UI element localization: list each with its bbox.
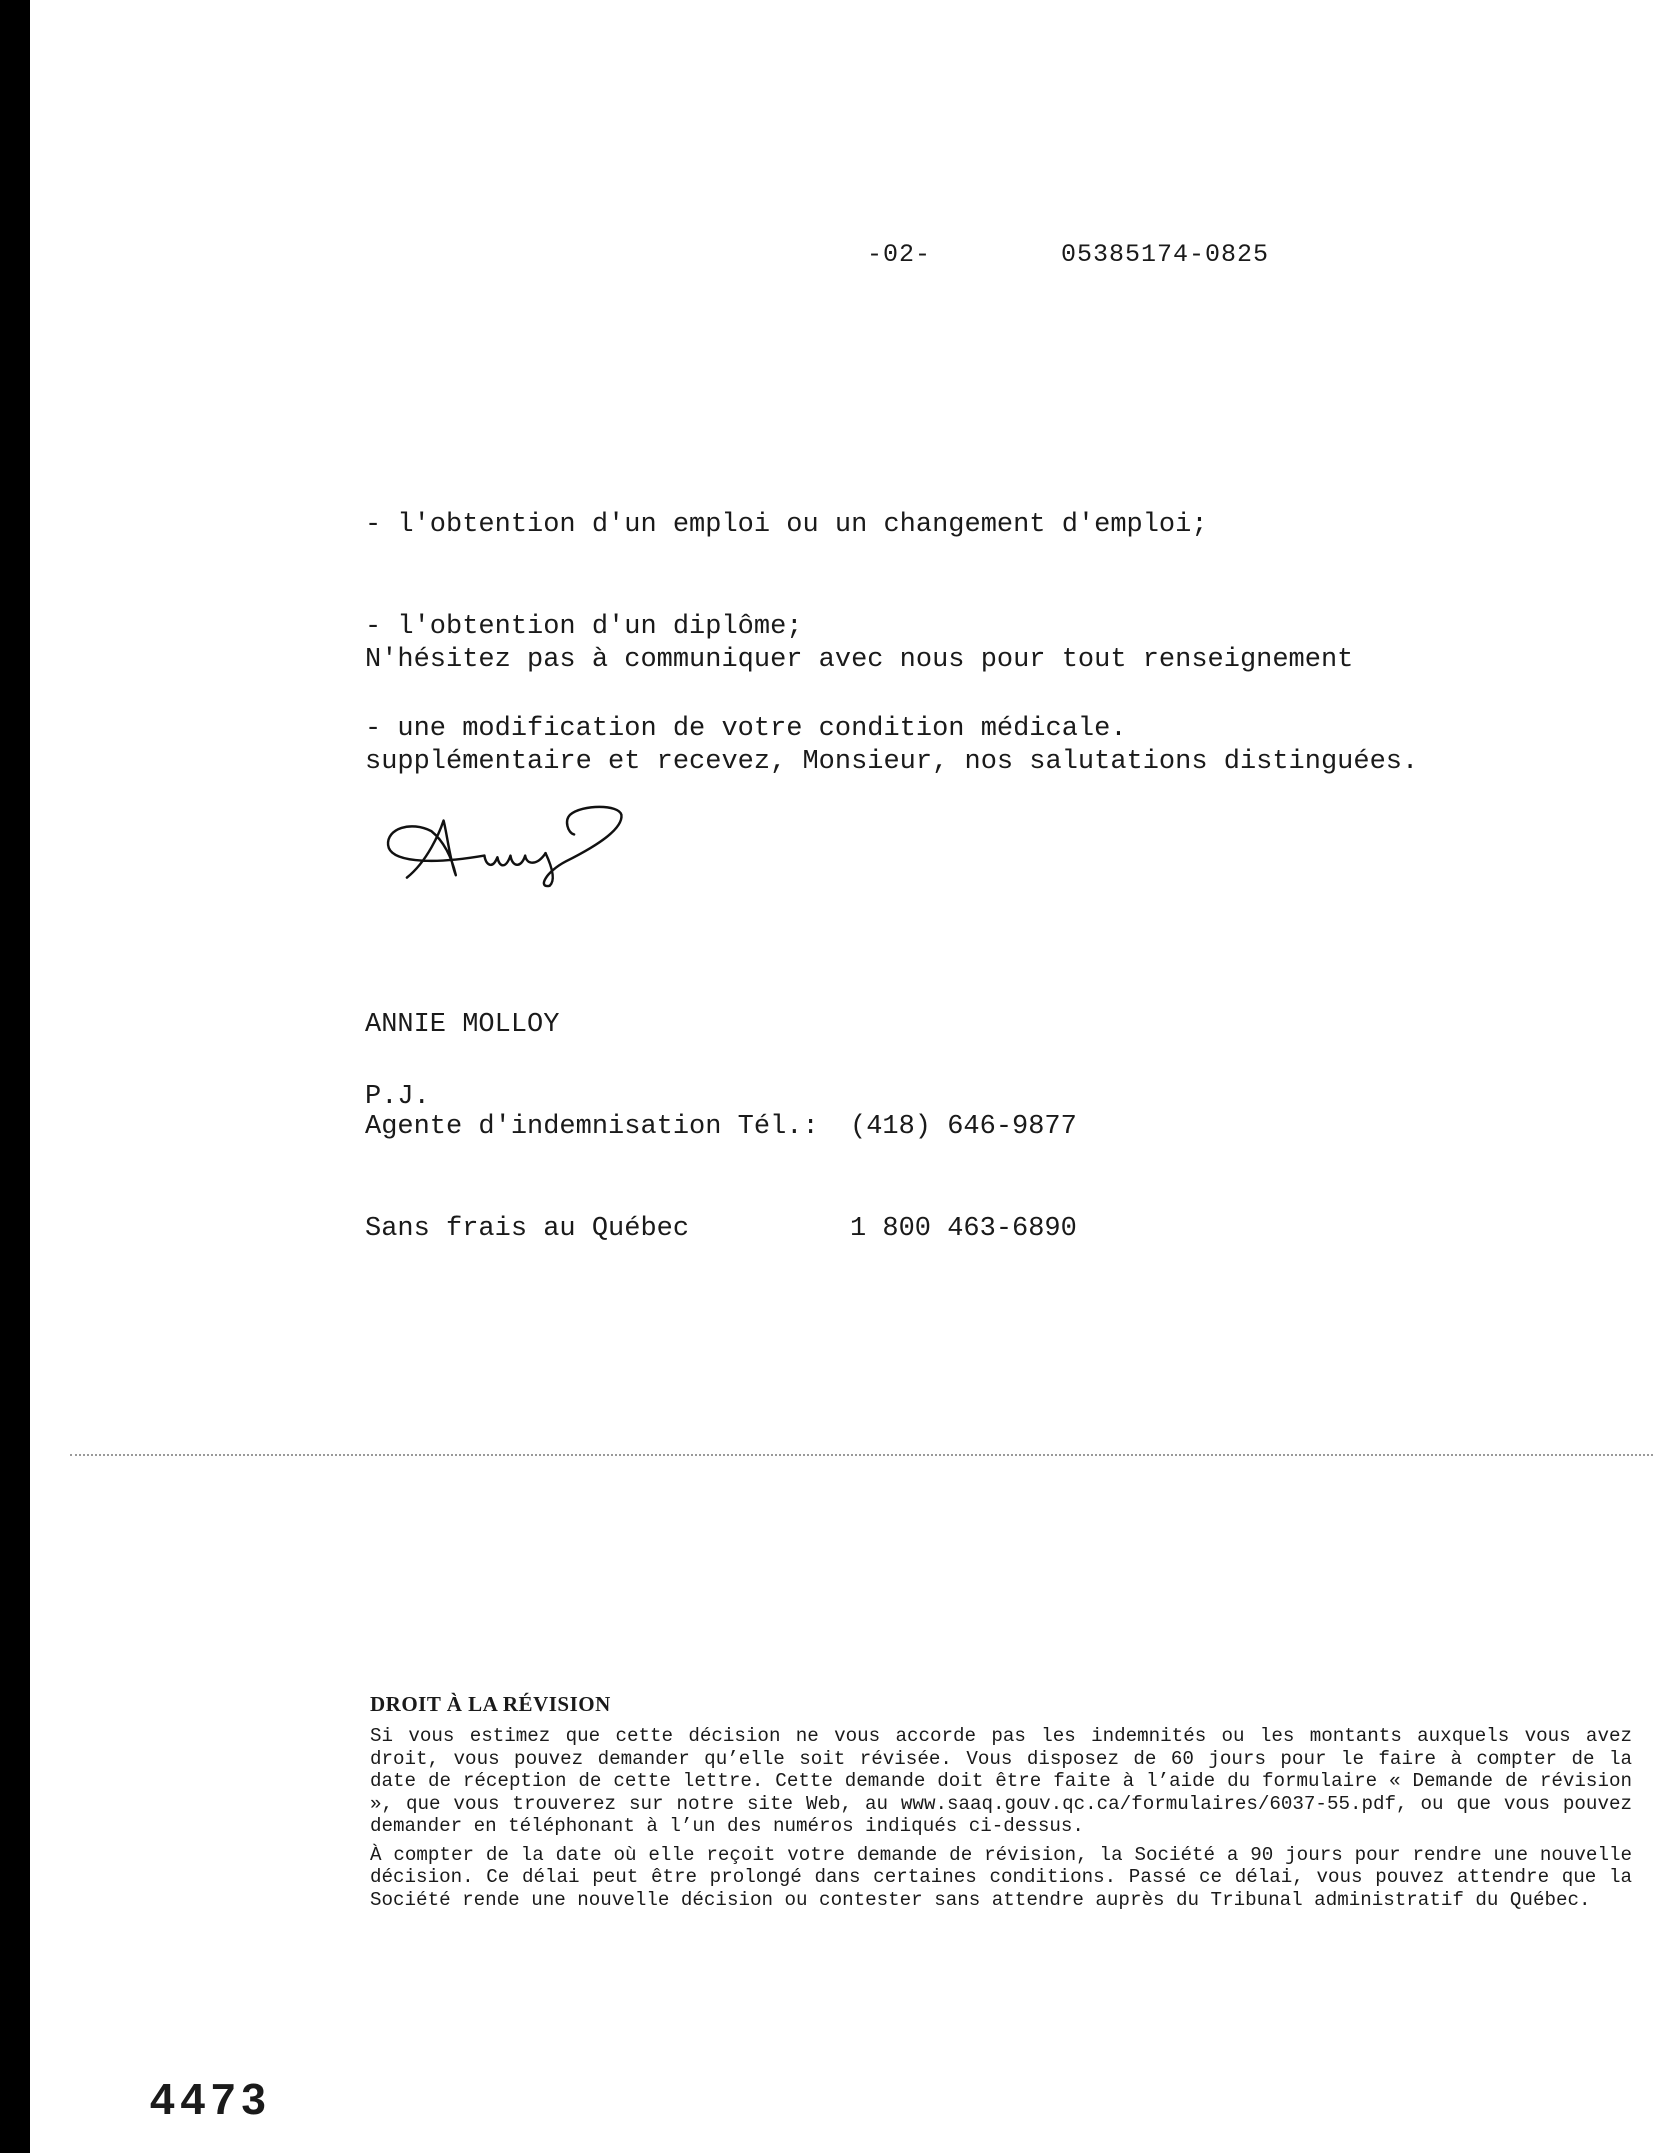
scan-edge [0,0,30,2153]
document-stamp-number: 4473 [150,2075,272,2125]
enclosure-note: P.J. [365,1080,430,1114]
signature-icon [362,780,672,910]
reference-number: 05385174-0825 [1061,240,1269,269]
revision-notice: DROIT À LA RÉVISION Si vous estimez que … [370,1692,1632,1917]
phone-row: Agente d'indemnisation Tél.: (418) 646-9… [365,1110,1077,1144]
fold-line-divider [70,1454,1653,1456]
list-item: - l'obtention d'un emploi ou un changeme… [365,508,1208,542]
phone-number: (418) 646-9877 [850,1110,1077,1144]
tollfree-number: 1 800 463-6890 [850,1212,1077,1246]
signer-block: ANNIE MOLLOY Agente d'indemnisation Tél.… [365,940,1077,1280]
tollfree-row: Sans frais au Québec 1 800 463-6890 [365,1212,1077,1246]
revision-paragraph: À compter de la date où elle reçoit votr… [370,1844,1632,1912]
revision-heading: DROIT À LA RÉVISION [370,1692,1632,1717]
closing-line: supplémentaire et recevez, Monsieur, nos… [365,745,1418,779]
page-number: -02- [867,240,931,269]
page-header: -02-05385174-0825 [867,240,1269,269]
signer-name: ANNIE MOLLOY [365,1008,1077,1042]
closing-paragraph: N'hésitez pas à communiquer avec nous po… [365,575,1418,813]
revision-paragraph: Si vous estimez que cette décision ne vo… [370,1725,1632,1838]
closing-line: N'hésitez pas à communiquer avec nous po… [365,643,1418,677]
tollfree-label: Sans frais au Québec [365,1212,850,1246]
signer-title: Agente d'indemnisation Tél.: [365,1110,850,1144]
